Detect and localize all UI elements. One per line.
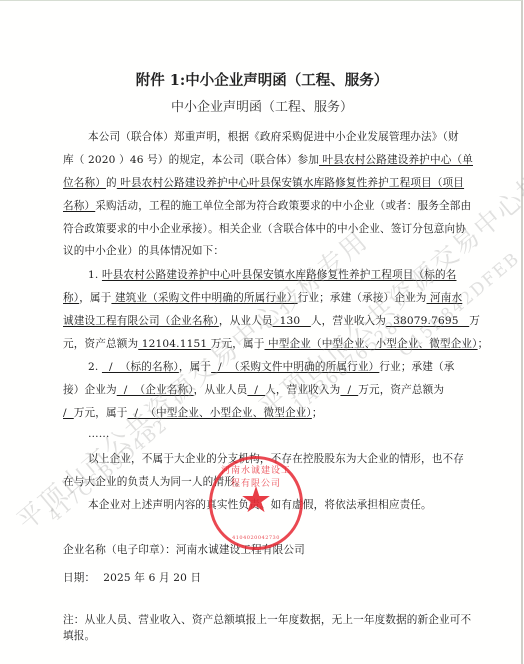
item1-line2: 称），属于 建筑业（采购文件中明确的所属行业）行业；承建（承接）企业为 河南水	[63, 291, 483, 305]
company-name-field: / （企业名称）	[117, 384, 194, 396]
para2-line2: 在与大企业的负责人为同一人的情形。	[63, 475, 483, 489]
project-name-field: 叶县农村公路建设养护中心叶县保安镇水库路修复性养护工程项目（项目	[117, 177, 464, 189]
subject-name-field: 称）	[63, 292, 79, 304]
text: 万元，资产总额为	[358, 384, 444, 396]
text: ，属于	[179, 361, 211, 373]
text: 采购活动，工程的施工单位全部为符合政策要求的中小企业（或者：服务全部由	[95, 200, 471, 212]
item-number: 1.	[88, 269, 102, 281]
signature-label: 企业名称（电子印章）：	[63, 544, 176, 556]
item1-line3: 诚建设工程有限公司（企业名称），从业人员 130 人，营业收入为 38079.7…	[63, 314, 483, 328]
employees-field: /	[247, 384, 265, 396]
assets-field: 12104.1151	[138, 338, 211, 350]
responsibility-statement: 本企业对上述声明内容的真实性负责。如有虚假，将依法承担相应责任。	[88, 498, 508, 512]
para2-line1: 以上企业，不属于大企业的分支机构，不存在控股股东为大企业的情形，也不存	[88, 452, 508, 466]
item-number: 2.	[88, 361, 102, 373]
project-name-field: 名称）	[63, 200, 95, 212]
attachment-title: 附件 1:中小企业声明函（工程、服务）	[0, 69, 524, 90]
text: 库（ 2020 ）46 号）的规定，本公司（联合体）参加	[63, 154, 319, 166]
item1-line4: 元，资产总额为 12104.1151 万元，属于 中型企业（中型企业、小型企业、…	[63, 337, 483, 351]
ellipsis: ……	[88, 427, 508, 441]
date-line: 日期：2025 年 6 月 20 日	[63, 571, 483, 585]
industry-field: / （采购文件中明确的所属行业）	[211, 361, 379, 373]
text: ，属于	[79, 292, 111, 304]
employees-field: 130	[273, 315, 311, 327]
text: ；	[478, 338, 489, 350]
text: 万元，属于	[74, 407, 128, 419]
assets-field: /	[63, 407, 74, 419]
enterprise-size-field: / （中型企业、小型企业、微型企业）	[127, 407, 311, 419]
text: 人，营业收入为	[265, 384, 340, 396]
date-value: 2025 年 6 月 20 日	[103, 572, 201, 584]
text: 行业；承建（承	[379, 361, 454, 373]
para1-line4: 名称）采购活动，工程的施工单位全部为符合政策要求的中小企业（或者：服务全部由	[63, 199, 483, 213]
text: ，从业人员	[194, 384, 248, 396]
signature-line: 企业名称（电子印章）：河南水诚建设工程有限公司	[63, 543, 483, 557]
revenue-field: 38079.7695	[386, 315, 469, 327]
text: ，从业人员	[219, 315, 273, 327]
text: 议的中小企业）的具体情况如下：	[63, 245, 224, 257]
para1-line3: 位名称）的 叶县农村公路建设养护中心叶县保安镇水库路修复性养护工程项目（项目	[63, 176, 483, 190]
company-name-field: 诚建设工程有限公司（企业名称）	[63, 315, 219, 327]
text: 行业；承建（承接）企业为	[298, 292, 427, 304]
industry-field: 建筑业（采购文件中明确的所属行业）	[111, 292, 297, 304]
subject-name-field: / （标的名称）	[102, 361, 179, 373]
item2-line2: 接）企业为 / （企业名称），从业人员 / 人，营业收入为 / 万元，资产总额为	[63, 383, 483, 397]
purchaser-name-field: 位名称）	[63, 177, 106, 189]
text: ；	[312, 407, 323, 419]
para1-line1: 本公司（联合体）郑重声明，根据《政府采购促进中小企业发展管理办法》（财	[88, 130, 508, 144]
revenue-field: /	[340, 384, 358, 396]
para1-line6: 议的中小企业）的具体情况如下：	[63, 244, 483, 258]
text: 元，资产总额为	[63, 338, 138, 350]
company-name-field: 河南水	[427, 292, 463, 304]
para1-line2: 库（ 2020 ）46 号）的规定，本公司（联合体）参加 叶县农村公路建设养护中…	[63, 153, 483, 167]
note-line1: 注：从业人员、营业收入、资产总额填报上一年度数据，无上一年度数据的新企业可不	[63, 613, 483, 627]
purchaser-name-field: 叶县农村公路建设养护中心（单	[319, 154, 473, 166]
document-page: 附件 1:中小企业声明函（工程、服务） 中小企业声明函（工程、服务） 本公司（联…	[0, 0, 523, 664]
note-line2: 填报。	[63, 629, 483, 643]
seal-code: 4104020042730	[222, 535, 290, 541]
item2-line3: / 万元，属于 / （中型企业、小型企业、微型企业）；	[63, 406, 483, 420]
enterprise-size-field: 中型企业（中型企业、小型企业、微型企业）	[265, 338, 478, 350]
text: 万	[469, 315, 480, 327]
signature-company: 河南水诚建设工程有限公司	[176, 544, 305, 556]
text: 人，营业收入为	[311, 315, 386, 327]
text: 的	[106, 177, 117, 189]
subject-name-field: 叶县农村公路建设养护中心叶县保安镇水库路修复性养护工程项目（标的名	[102, 269, 457, 281]
text: 符合政策要求的中小企业承接）。相关企业（含联合体中的中小企业、签订分包意向协	[63, 223, 466, 235]
para1-line5: 符合政策要求的中小企业承接）。相关企业（含联合体中的中小企业、签订分包意向协	[63, 222, 483, 236]
text: 接）企业为	[63, 384, 117, 396]
text: 本公司（联合体）郑重声明，根据《政府采购促进中小企业发展管理办法》（财	[88, 131, 459, 143]
item1-line1: 1. 叶县农村公路建设养护中心叶县保安镇水库路修复性养护工程项目（标的名	[88, 268, 508, 282]
date-label: 日期：	[63, 572, 95, 584]
text: 万元，属于	[211, 338, 265, 350]
item2-line1: 2. / （标的名称），属于 / （采购文件中明确的所属行业）行业；承建（承	[88, 360, 508, 374]
document-subtitle: 中小企业声明函（工程、服务）	[0, 96, 524, 115]
